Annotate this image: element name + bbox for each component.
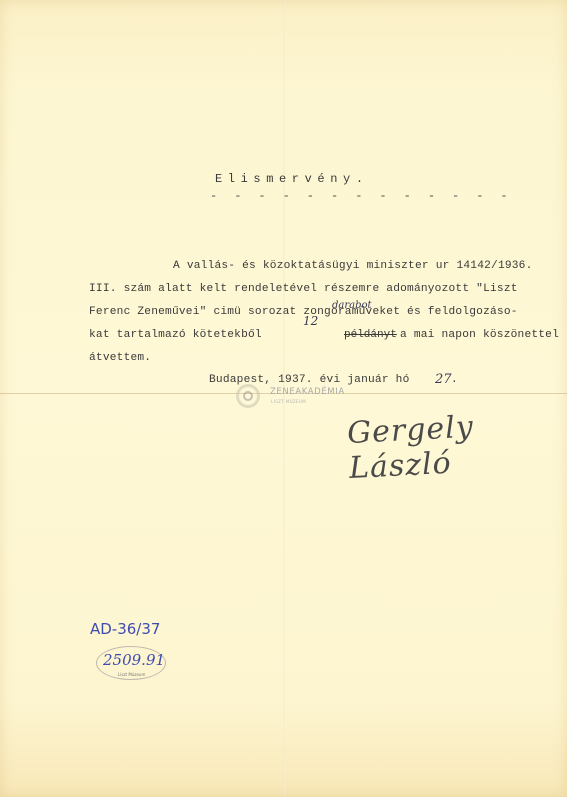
watermark-logo-inner-icon [243,391,253,401]
body-line-2: III. szám alatt kelt rendeletével részem… [89,283,518,295]
watermark-name: ZENEAKADÉMIA [270,387,345,397]
title-underline: - - - - - - - - - - - - - [210,189,513,203]
body-line-4: kat tartalmazó kötetekből [89,329,262,341]
date-line: Budapest, 1937. évi január hó [209,374,410,386]
archive-code: AD-36/37 [90,620,160,638]
handwritten-correction: darabot [332,300,372,311]
body-line-5: átvettem. [89,352,151,364]
signature: Gergely László [346,404,581,486]
handwritten-day: 27 [435,372,452,387]
document-title: Elismervény. [215,172,369,186]
stamp-label: Liszt Múzeum [118,672,145,677]
struck-word: példányt [344,329,397,341]
watermark-sub: LISZT MÚZEUM [271,399,306,404]
inventory-number: 2509.91 [103,651,165,669]
body-line-4-end: a mai napon köszönettel [400,329,559,341]
date-end: . [451,374,458,386]
body-line-1: A vallás- és közoktatásügyi miniszter ur… [173,260,533,272]
handwritten-quantity: 12 [303,314,318,328]
